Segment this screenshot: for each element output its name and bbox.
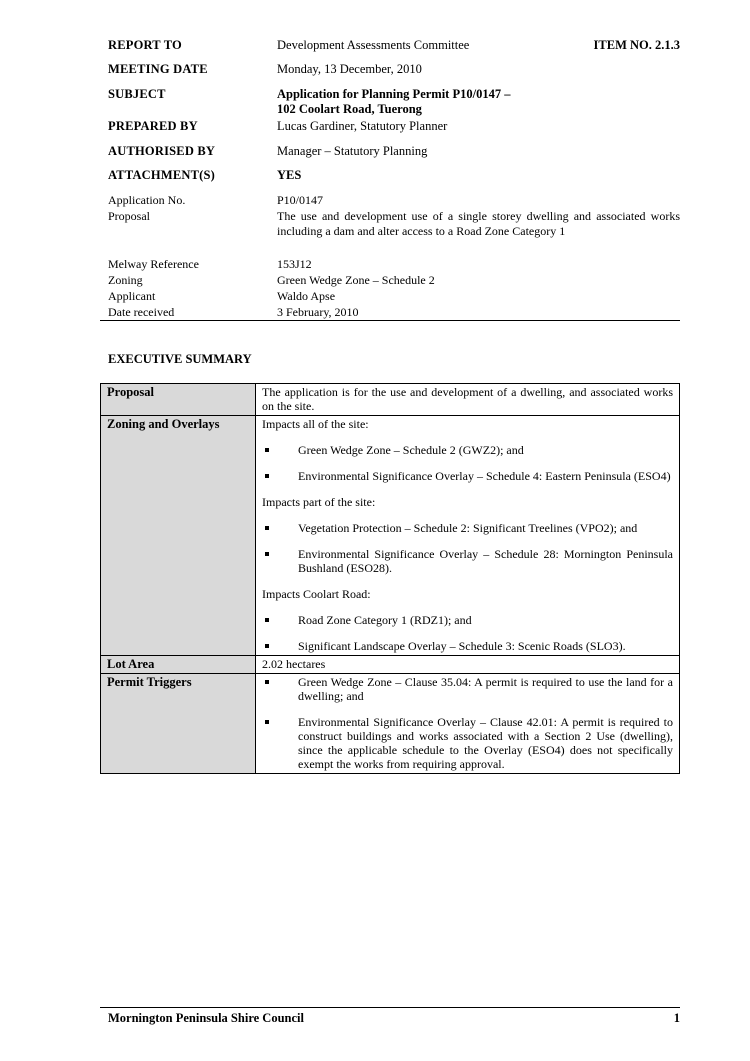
attachments-value: YES [277,167,301,183]
applicant-value: Waldo Apse [277,289,680,304]
permit-triggers-cell-label: Permit Triggers [101,674,256,774]
report-to-value: Development Assessments Committee [277,37,469,53]
application-no-value: P10/0147 [277,193,680,208]
proposal-value: The use and development use of a single … [277,209,680,239]
prepared-by-value: Lucas Gardiner, Statutory Planner [277,118,447,134]
list-item: Vegetation Protection – Schedule 2: Sign… [262,521,673,535]
subject-value-line2: 102 Coolart Road, Tuerong [277,101,422,117]
executive-summary-title: EXECUTIVE SUMMARY [108,352,252,367]
applicant-label: Applicant [108,289,155,304]
proposal-cell-label: Proposal [101,384,256,416]
permit-triggers-list: Green Wedge Zone – Clause 35.04: A permi… [262,675,673,771]
list-item: Road Zone Category 1 (RDZ1); and [262,613,673,627]
list-item: Green Wedge Zone – Clause 35.04: A permi… [262,675,673,703]
bullet-icon [265,680,269,684]
zoning-group-list: Vegetation Protection – Schedule 2: Sign… [262,521,673,575]
prepared-by-label: PREPARED BY [108,118,198,134]
attachments-row: ATTACHMENT(S) YES [108,167,680,183]
prepared-by-row: PREPARED BY Lucas Gardiner, Statutory Pl… [108,118,680,134]
subject-label: SUBJECT [108,86,166,102]
report-to-row: REPORT TO Development Assessments Commit… [108,37,680,53]
table-row-zoning: Zoning and Overlays Impacts all of the s… [101,416,680,656]
zoning-cell-label: Zoning and Overlays [101,416,256,656]
info-divider [100,320,680,321]
meeting-date-row: MEETING DATE Monday, 13 December, 2010 [108,61,680,77]
table-row-proposal: Proposal The application is for the use … [101,384,680,416]
zoning-cell-value: Impacts all of the site: Green Wedge Zon… [256,416,680,656]
application-no-label: Application No. [108,193,185,208]
report-page: REPORT TO Development Assessments Commit… [0,0,750,1061]
date-received-value: 3 February, 2010 [277,305,680,320]
permit-triggers-cell-value: Green Wedge Zone – Clause 35.04: A permi… [256,674,680,774]
authorised-by-value: Manager – Statutory Planning [277,143,427,159]
subject-value-line1: Application for Planning Permit P10/0147… [277,86,510,102]
zoning-group-heading: Impacts part of the site: [262,495,673,509]
zoning-group-list: Road Zone Category 1 (RDZ1); and Signifi… [262,613,673,653]
footer-organisation: Mornington Peninsula Shire Council [108,1011,304,1026]
bullet-icon [265,552,269,556]
bullet-icon [265,720,269,724]
lot-area-cell-value: 2.02 hectares [256,656,680,674]
bullet-icon [265,644,269,648]
executive-summary-table: Proposal The application is for the use … [100,383,680,774]
zoning-group-heading: Impacts Coolart Road: [262,587,673,601]
list-item: Significant Landscape Overlay – Schedule… [262,639,673,653]
page-number: 1 [674,1011,680,1026]
authorised-by-row: AUTHORISED BY Manager – Statutory Planni… [108,143,680,159]
list-item: Environmental Significance Overlay – Sch… [262,547,673,575]
subject-row-line2: 102 Coolart Road, Tuerong [108,101,680,117]
attachments-label: ATTACHMENT(S) [108,167,215,183]
lot-area-cell-label: Lot Area [101,656,256,674]
meeting-date-value: Monday, 13 December, 2010 [277,61,422,77]
table-row-lot-area: Lot Area 2.02 hectares [101,656,680,674]
footer-divider [100,1007,680,1008]
item-number: ITEM NO. 2.1.3 [594,37,680,53]
zoning-group-heading: Impacts all of the site: [262,417,673,431]
zoning-label: Zoning [108,273,143,288]
melway-value: 153J12 [277,257,680,272]
report-to-label: REPORT TO [108,37,182,53]
list-item: Environmental Significance Overlay – Cla… [262,715,673,771]
zoning-group-list: Green Wedge Zone – Schedule 2 (GWZ2); an… [262,443,673,483]
bullet-icon [265,474,269,478]
date-received-label: Date received [108,305,174,320]
bullet-icon [265,448,269,452]
list-item: Green Wedge Zone – Schedule 2 (GWZ2); an… [262,443,673,457]
zoning-value: Green Wedge Zone – Schedule 2 [277,273,680,288]
bullet-icon [265,618,269,622]
melway-label: Melway Reference [108,257,199,272]
proposal-label: Proposal [108,209,150,224]
list-item: Environmental Significance Overlay – Sch… [262,469,673,483]
proposal-cell-value: The application is for the use and devel… [256,384,680,416]
authorised-by-label: AUTHORISED BY [108,143,215,159]
meeting-date-label: MEETING DATE [108,61,208,77]
bullet-icon [265,526,269,530]
table-row-permit-triggers: Permit Triggers Green Wedge Zone – Claus… [101,674,680,774]
subject-row: SUBJECT Application for Planning Permit … [108,86,680,102]
